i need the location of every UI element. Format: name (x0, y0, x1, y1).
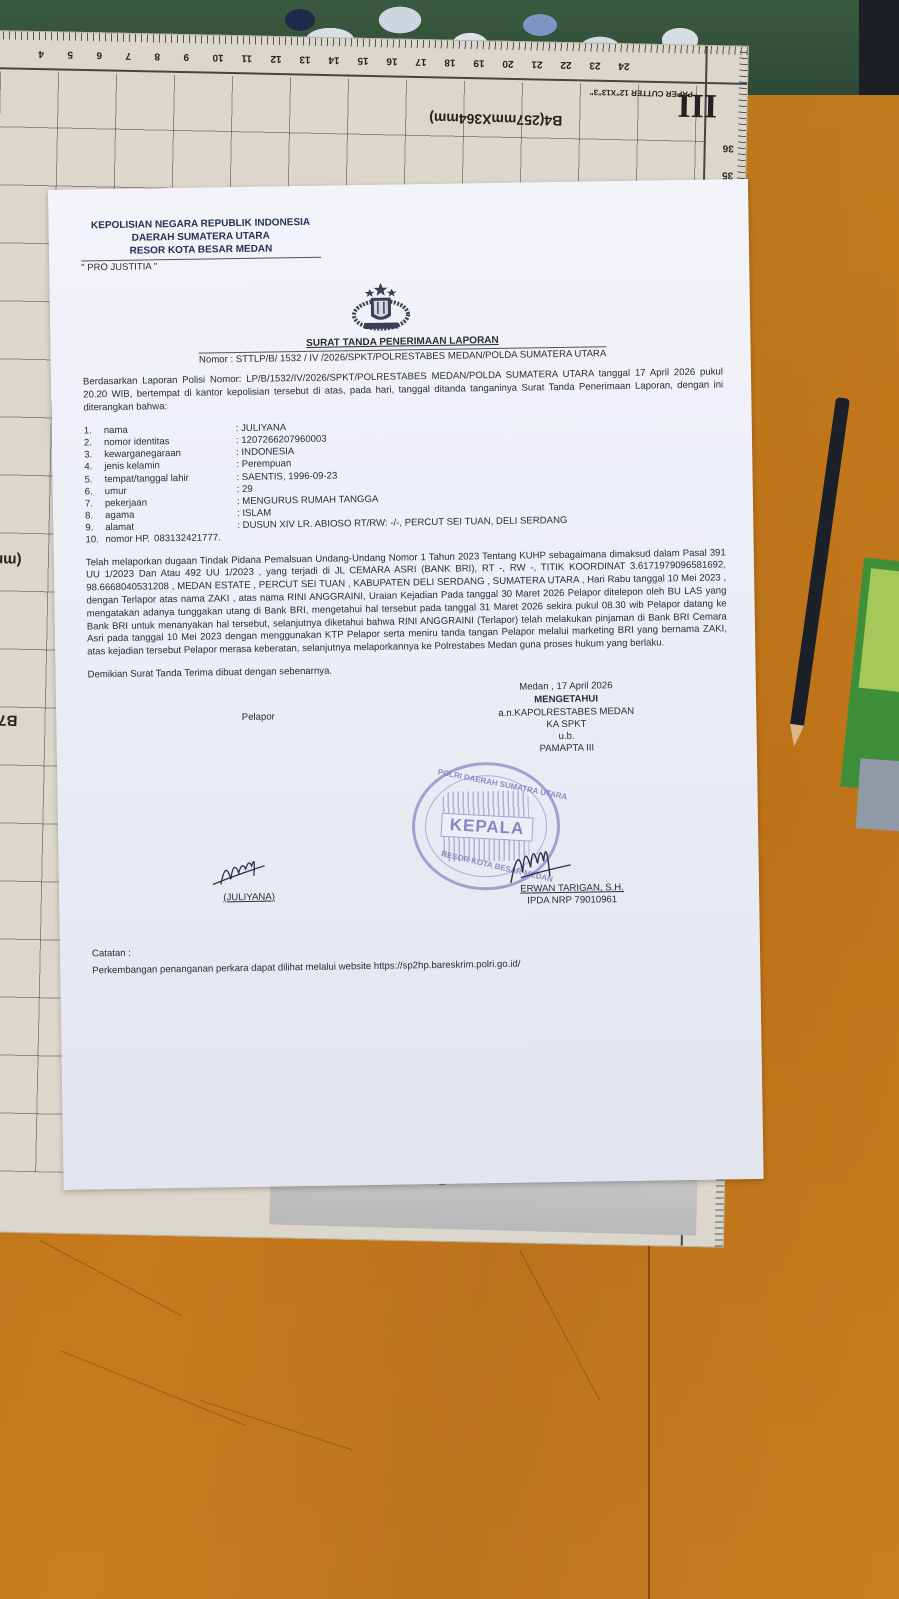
field-number: 10. (85, 535, 105, 548)
ruler-tick-label: 19 (473, 57, 484, 68)
field-number: 3. (84, 449, 104, 462)
desk-scratch (60, 1350, 246, 1426)
reporter-details: 1.nama: JULIYANA2.nomor identitas: 12072… (84, 415, 726, 547)
board-roman-numeral: III (677, 85, 717, 124)
board-side-label: B7(91 (0, 711, 18, 729)
ruler-tick-label: 5 (67, 49, 73, 60)
ruler-tick-label: 14 (328, 54, 339, 65)
desk-seam (648, 1200, 650, 1599)
polri-crest-icon (349, 280, 412, 331)
reporter-signature (210, 853, 271, 894)
field-number: 8. (85, 510, 105, 523)
field-number: 4. (84, 461, 104, 474)
ruler-tick-label: 36 (722, 142, 733, 153)
ruler-tick-label: 11 (241, 52, 252, 63)
desk-scratch (520, 1250, 601, 1401)
field-number: 2. (84, 437, 104, 450)
ruler-tick-label: 20 (502, 58, 513, 69)
board-side-label-top: (mm (0, 551, 22, 569)
dark-object (859, 0, 899, 95)
ruler-tick-label: 16 (386, 55, 397, 66)
field-number: 5. (84, 474, 104, 487)
field-label: nomor HP. (105, 534, 150, 547)
reporter-role: Pelapor (218, 711, 298, 725)
ruler-tick-label: 18 (444, 57, 455, 68)
ruler-tick-label: 9 (183, 51, 189, 62)
ruler-tick-label: 8 (154, 50, 160, 61)
ruler-tick-label: 23 (589, 60, 600, 71)
officer-rank: IPDA NRP 79010961 (497, 894, 647, 909)
police-report-receipt: KEPOLISIAN NEGARA REPUBLIK INDONESIA DAE… (48, 179, 764, 1190)
stacked-papers (856, 758, 899, 831)
signature-area: Medan , 17 April 2026 MENGETAHUI a.n.KAP… (88, 678, 732, 938)
ruler-tick-label: 22 (560, 59, 571, 70)
desk-scratch (40, 1240, 182, 1316)
field-number: 6. (85, 486, 105, 499)
field-number: 7. (85, 498, 105, 511)
intro-paragraph: Berdasarkan Laporan Polisi Nomor: LP/B/1… (83, 367, 724, 415)
ruler-tick-label: 24 (618, 60, 629, 71)
ruler-tick-label: 6 (96, 49, 102, 60)
field-number: 1. (84, 425, 104, 438)
ruler-tick-label: 4 (38, 48, 44, 59)
ruler-tick-label: 7 (125, 50, 131, 61)
report-body: Telah melaporkan dugaan Tindak Pidana Pe… (86, 547, 728, 659)
ruler-tick-label: 13 (299, 53, 310, 64)
letterhead-line-3: RESOR KOTA BESAR MEDAN (81, 242, 321, 259)
ruler-tick-label: 10 (212, 52, 223, 63)
ruler-tick-label: 17 (415, 56, 426, 67)
signer-position: PAMAPTA III (497, 742, 637, 757)
reporter-name: (JULIYANA) (209, 891, 289, 905)
field-number: 9. (85, 522, 105, 535)
note-section: Catatan : Perkembangan penanganan perkar… (92, 938, 732, 978)
board-size-label: B4(257mmX364mm) (429, 110, 562, 129)
ruler-tick-label: 15 (357, 55, 368, 66)
ruler-tick-label: 12 (270, 53, 281, 64)
letterhead: KEPOLISIAN NEGARA REPUBLIK INDONESIA DAE… (80, 216, 321, 259)
ruler-tick-label: 21 (531, 58, 542, 69)
desk-scratch (200, 1400, 352, 1450)
